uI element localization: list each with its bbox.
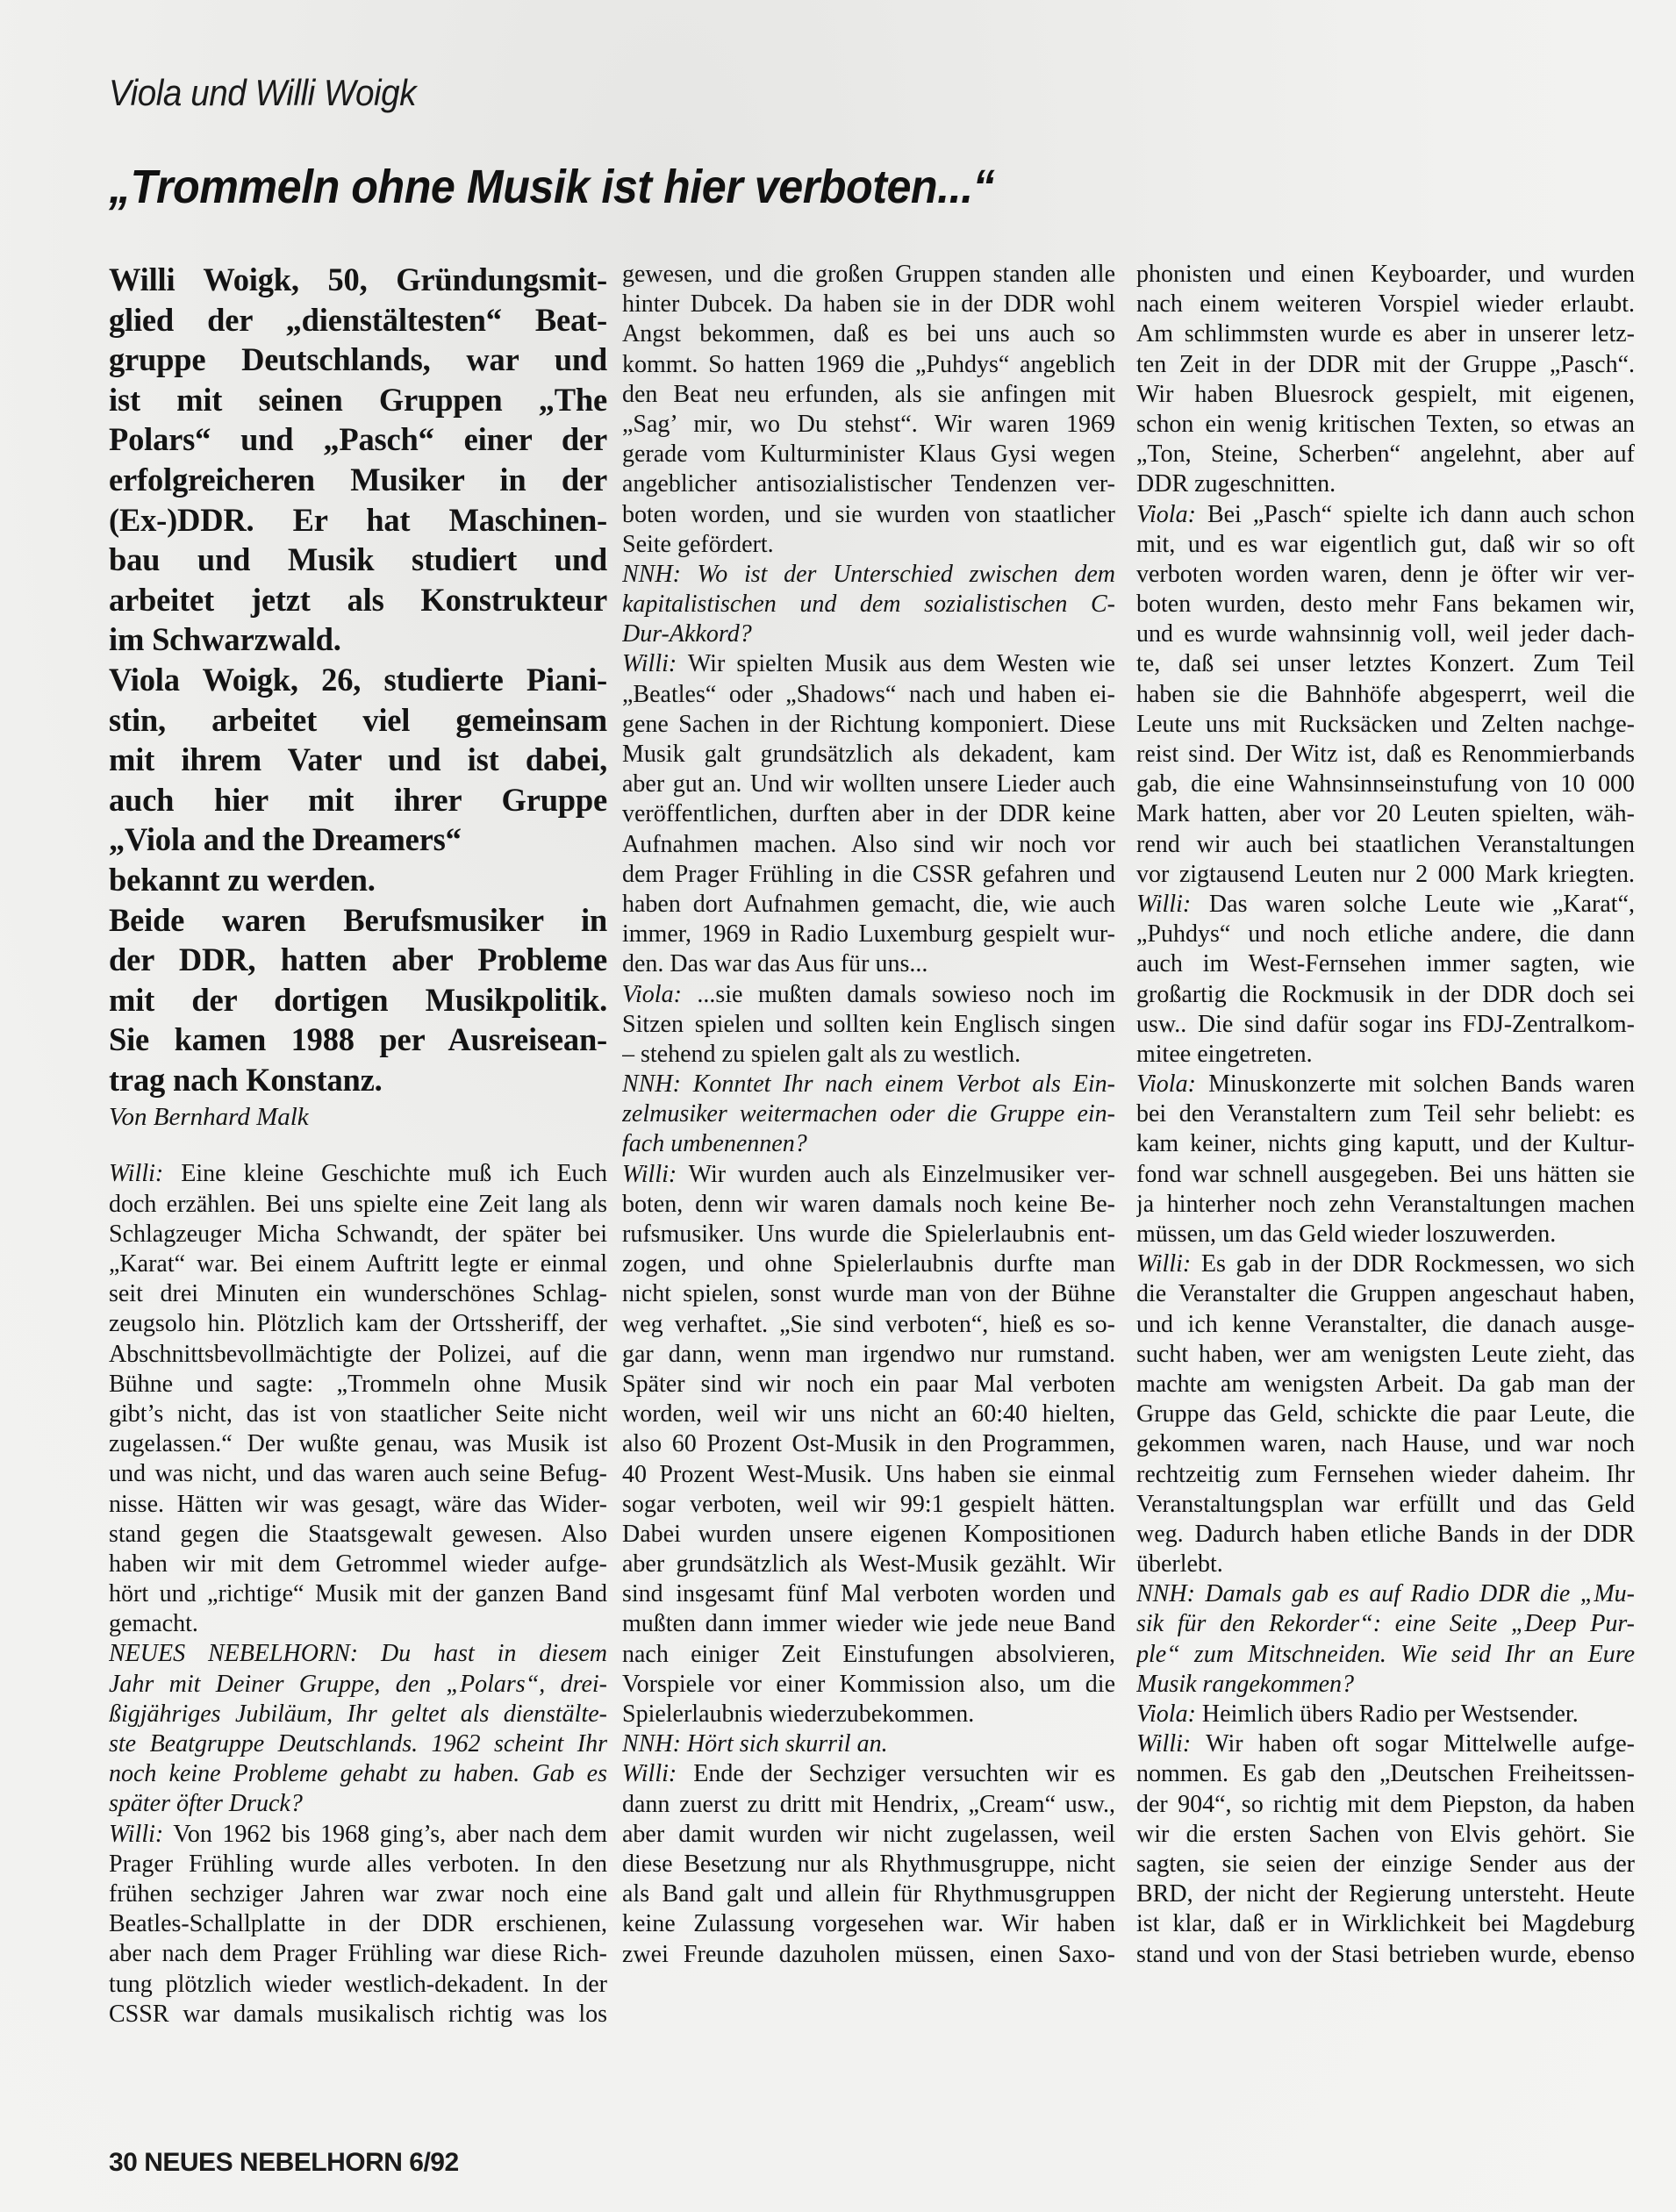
line-text: gar dann, wenn man irgendwo nur rumstand… [622, 1341, 1115, 1368]
body-line: 40 Prozent West-Musik. Uns haben sie ein… [622, 1460, 1115, 1490]
line-text: und was nicht, und das waren auch seine … [109, 1460, 607, 1487]
line-text: Abschnittsbevollmächtigte der Polizei, a… [109, 1341, 607, 1368]
body-line: Leute uns mit Rucksäcken und Zelten nach… [1136, 710, 1635, 740]
body-line: tung plötzlich wieder westlich-dekadent.… [109, 1970, 607, 2000]
body-line: zugelassen.“ Der wußte genau, was Musik … [109, 1429, 607, 1459]
body-line: stand gegen die Staatsgewalt gewesen. Al… [109, 1520, 607, 1550]
body-line: boten worden, und sie wurden von staatli… [622, 500, 1115, 530]
body-line: Schlagzeuger Micha Schwandt, der später … [109, 1220, 607, 1249]
column-middle: gewesen, und die großen Gruppen standen … [622, 260, 1115, 1970]
body-line: seit drei Minuten ein wunderschönes Schl… [109, 1279, 607, 1309]
body-line: Am schlimmsten wurde es aber in unserer … [1136, 319, 1635, 349]
body-line: veröffentlichen, durften aber in der DDR… [622, 799, 1115, 829]
article-headline: „Trommeln ohne Musik ist hier verboten..… [109, 160, 994, 214]
body-line: DDR zugeschnitten. [1136, 469, 1635, 499]
body-line: hinter Dubcek. Da haben sie in der DDR w… [622, 290, 1115, 319]
body-line: verboten worden waren, denn je öfter wir… [1136, 560, 1635, 590]
body-line: mit, und es war eigentlich gut, daß wir … [1136, 530, 1635, 560]
body-line: kommt. So hatten 1969 die „Puhdys“ angeb… [622, 350, 1115, 380]
body-line: weg verhaftet. „Sie sind verboten“, hieß… [622, 1310, 1115, 1340]
question-line: NEUES NEBELHORN: Du hast in diesem [109, 1639, 607, 1669]
line-text: Am schlimmsten wurde es aber in unserer … [1136, 320, 1635, 347]
body-line: Prager Frühling wurde alles verboten. In… [109, 1850, 607, 1879]
line-text: immer, 1969 in Radio Luxemburg gespielt … [622, 920, 1115, 948]
line-text: Gruppe das Geld, schickte die paar Leute… [1136, 1400, 1635, 1428]
question-line: NNH: Hört sich skurril an. [622, 1729, 1115, 1759]
line-text: sogar verboten, weil wir 99:1 gespielt h… [622, 1491, 1115, 1518]
line-text: weg verhaftet. „Sie sind verboten“, hieß… [622, 1311, 1115, 1338]
body-line: gar dann, wenn man irgendwo nur rumstand… [622, 1340, 1115, 1370]
line-text: nicht spielen, sonst wurde man von der B… [622, 1280, 1115, 1307]
intro-line: trag nach Konstanz. [109, 1060, 607, 1100]
line-text: verboten worden waren, denn je öfter wir… [1136, 561, 1635, 588]
body-line: die Veranstalter die Gruppen angeschaut … [1136, 1279, 1635, 1309]
issue-number: 6/92 [409, 2148, 458, 2177]
answer-line: Willi: Von 1962 bis 1968 ging’s, aber na… [109, 1820, 607, 1850]
intro-line: arbeitet jetzt als Konstrukteur [109, 580, 607, 620]
answer-line: Willi: Es gab in der DDR Rockmessen, wo … [1136, 1249, 1635, 1279]
line-text: Prager Frühling wurde alles verboten. In… [109, 1850, 607, 1878]
question-line: Musik rangekommen? [1136, 1670, 1635, 1700]
question-line: kapitalistischen und dem sozialistischen… [622, 590, 1115, 619]
line-text: sucht haben, wer am wenigsten Leute zieh… [1136, 1341, 1635, 1368]
line-text: überlebt. [1136, 1550, 1223, 1578]
column-left: Willi Woigk, 50, Gründungsmit- glied der… [109, 260, 607, 2029]
line-text: haben wir mit dem Getrommel wieder aufge… [109, 1550, 607, 1578]
page-number: 30 [109, 2148, 137, 2177]
body-line: nisse. Hätten wir was gesagt, wäre das W… [109, 1490, 607, 1520]
body-line: aber nach dem Prager Frühling war diese … [109, 1939, 607, 1969]
line-text: zeugsolo hin. Plötzlich kam der Ortssher… [109, 1310, 607, 1337]
line-text: nach einem weiteren Vorspiel wieder erla… [1136, 290, 1635, 318]
body-line: sind insgesamt fünf Mal verboten worden … [622, 1579, 1115, 1609]
body-line: den Beat neu erfunden, als sie anfingen … [622, 380, 1115, 410]
intro-line: im Schwarzwald. [109, 619, 607, 660]
intro-line: mit der dortigen Musikpolitik. [109, 980, 607, 1020]
line-text: der 904“, so richtig mit dem Piepston, d… [1136, 1791, 1635, 1818]
body-line: sucht haben, wer am wenigsten Leute zieh… [1136, 1340, 1635, 1370]
line-text: gerade vom Kulturminister Klaus Gysi weg… [622, 440, 1115, 468]
body-line: haben wir mit dem Getrommel wieder aufge… [109, 1550, 607, 1579]
body-line: Sitzen spielen und sollten kein Englisch… [622, 1010, 1115, 1040]
line-text: Wir spielten Musik aus dem Westen wie [677, 650, 1115, 677]
body-line: also 60 Prozent Ost-Musik in den Program… [622, 1429, 1115, 1459]
line-text: den Beat neu erfunden, als sie anfingen … [622, 381, 1115, 408]
line-text: Mark hatten, aber vor 20 Leuten spielten… [1136, 800, 1635, 827]
body-line: bei den Veranstaltern zum Teil sehr beli… [1136, 1099, 1635, 1129]
body-line: Musik galt grundsätzlich als dekadent, k… [622, 740, 1115, 770]
line-text: müssen, um das Geld wieder loszuwerden. [1136, 1221, 1556, 1248]
body-line: Mark hatten, aber vor 20 Leuten spielten… [1136, 799, 1635, 829]
line-text: aber damit wurden wir nicht zugelassen, … [622, 1821, 1115, 1848]
body-line: CSSR war damals musikalisch richtig was … [109, 2000, 607, 2029]
line-text: „Karat“ war. Bei einem Auftritt legte er… [109, 1250, 607, 1278]
question-line: ple“ zum Mitschneiden. Wie seid Ihr an E… [1136, 1640, 1635, 1670]
line-text: auch im West-Fernsehen immer sagten, wie [1136, 950, 1635, 977]
intro-line: Viola Woigk, 26, studierte Piani- [109, 660, 607, 700]
line-text: aber nach dem Prager Frühling war diese … [109, 1940, 607, 1967]
answer-line: Viola: Bei „Pasch“ spielte ich dann auch… [1136, 500, 1635, 530]
line-text: kam keiner, nichts ging kaputt, und der … [1136, 1130, 1635, 1157]
speaker-label: Willi: [622, 650, 677, 677]
line-text: „Beatles“ oder „Shadows“ nach und haben … [622, 681, 1115, 708]
speaker-label: Viola: [622, 981, 682, 1008]
line-text: Bei „Pasch“ spielte ich dann auch schon [1196, 501, 1635, 528]
body-line: gab, die eine Wahnsinnseinstufung von 10… [1136, 770, 1635, 799]
line-text: haben dort Aufnahmen gemacht, die, wie a… [622, 891, 1115, 918]
body-line: Beatles-Schallplatte in der DDR erschien… [109, 1909, 607, 1939]
body-line: ten Zeit in der DDR mit der Gruppe „Pasc… [1136, 350, 1635, 380]
line-text: phonisten und einen Keyboarder, und wurd… [1136, 261, 1635, 288]
body-line: boten, denn wir waren damals noch keine … [622, 1190, 1115, 1220]
line-text: Schlagzeuger Micha Schwandt, der später … [109, 1221, 607, 1248]
body-line: Abschnittsbevollmächtigte der Polizei, a… [109, 1340, 607, 1370]
body-line: aber gut an. Und wir wollten unsere Lied… [622, 770, 1115, 799]
body-line: Aufnahmen machen. Also sind wir noch vor [622, 830, 1115, 860]
question-line: noch keine Probleme gehabt zu haben. Gab… [109, 1759, 607, 1789]
line-text: gab, die eine Wahnsinnseinstufung von 10… [1136, 770, 1635, 798]
line-text: hinter Dubcek. Da haben sie in der DDR w… [622, 290, 1115, 318]
line-text: worden, weil wir uns nicht an 60:40 hiel… [622, 1400, 1115, 1428]
body-line: rufsmusiker. Uns wurde die Spielerlaubni… [622, 1220, 1115, 1249]
line-text: BRD, der nicht der Regierung untersteht.… [1136, 1880, 1635, 1908]
line-text: als Band galt und allein für Rhythmusgru… [622, 1880, 1115, 1908]
intro-block: Willi Woigk, 50, Gründungsmit- glied der… [109, 260, 607, 1099]
line-text: Beatles-Schallplatte in der DDR erschien… [109, 1910, 607, 1937]
line-text: rechtzeitig zum Fernsehen wieder daheim.… [1136, 1461, 1635, 1488]
answer-line: Willi: Ende der Sechziger versuchten wir… [622, 1759, 1115, 1789]
body-line: frühen sechziger Jahren war zwar noch ei… [109, 1879, 607, 1909]
speaker-label: Willi: [109, 1821, 163, 1848]
question-line: NNH: Konntet Ihr nach einem Verbot als E… [622, 1070, 1115, 1099]
body-line: sagten, sie seien der einzige Sender aus… [1136, 1850, 1635, 1879]
body-line: boten wurden, desto mehr Fans bekamen wi… [1136, 590, 1635, 619]
line-text: Eine kleine Geschichte muß ich Euch [163, 1160, 607, 1187]
line-text: den. Das war das Aus für uns... [622, 950, 928, 977]
answer-line: Viola: Minuskonzerte mit solchen Bands w… [1136, 1070, 1635, 1099]
line-text: sagten, sie seien der einzige Sender aus… [1136, 1850, 1635, 1878]
intro-line: glied der „dienstältesten“ Beat- [109, 300, 607, 340]
answer-line: Viola: Heimlich übers Radio per Westsend… [1136, 1700, 1635, 1729]
line-text: und es wurde wahnsinnig voll, weil jeder… [1136, 620, 1635, 648]
speaker-label: Viola: [1136, 1700, 1196, 1728]
answer-line: Willi: Wir haben oft sogar Mittelwelle a… [1136, 1729, 1635, 1759]
body-line: müssen, um das Geld wieder loszuwerden. [1136, 1220, 1635, 1249]
body-line: und ich kenne Veranstalter, die danach a… [1136, 1310, 1635, 1340]
body-line: wir die ersten Sachen von Elvis gehört. … [1136, 1820, 1635, 1850]
body-line: stand und von der Stasi betrieben wurde,… [1136, 1940, 1635, 1970]
line-text: machte am wenigsten Arbeit. Da gab man d… [1136, 1371, 1635, 1398]
line-text: hört und „richtige“ Musik mit der ganzen… [109, 1580, 607, 1607]
body-line: phonisten und einen Keyboarder, und wurd… [1136, 260, 1635, 290]
body-line: BRD, der nicht der Regierung untersteht.… [1136, 1879, 1635, 1909]
line-text: stand gegen die Staatsgewalt gewesen. Al… [109, 1521, 607, 1548]
line-text: Wir haben Bluesrock gespielt, mit eigene… [1136, 381, 1635, 408]
intro-line: mit ihrem Vater und ist dabei, [109, 740, 607, 780]
body-line: Angst bekommen, daß es bei uns auch so [622, 319, 1115, 349]
body-line: worden, weil wir uns nicht an 60:40 hiel… [622, 1400, 1115, 1429]
body-line: „Sag’ mir, wo Du stehst“. Wir waren 1969 [622, 410, 1115, 440]
body-line: Bühne und sagte: „Trommeln ohne Musik [109, 1370, 607, 1400]
body-line: „Beatles“ oder „Shadows“ nach und haben … [622, 680, 1115, 710]
line-text: Wir wurden auch als Einzelmusiker ver- [677, 1161, 1115, 1188]
body-line: Dabei wurden unsere eigenen Kompositione… [622, 1520, 1115, 1550]
line-text: usw.. Die sind dafür sogar ins FDJ-Zentr… [1136, 1011, 1635, 1038]
speaker-label: Viola: [1136, 501, 1196, 528]
line-text: weg. Dadurch haben etliche Bands in der … [1136, 1521, 1635, 1548]
column-body: Willi: Eine kleine Geschichte muß ich Eu… [109, 1159, 607, 2029]
body-line: immer, 1969 in Radio Luxemburg gespielt … [622, 920, 1115, 949]
body-line: schon ein wenig kritischen Texten, so et… [1136, 410, 1635, 440]
line-text: boten wurden, desto mehr Fans bekamen wi… [1136, 591, 1635, 618]
answer-line: Willi: Eine kleine Geschichte muß ich Eu… [109, 1159, 607, 1189]
line-text: Später sind wir noch ein paar Mal verbot… [622, 1371, 1115, 1398]
line-text: Veranstaltungsplan war erfüllt und das G… [1136, 1491, 1635, 1518]
line-text: boten worden, und sie wurden von staatli… [622, 501, 1115, 528]
line-text: Musik galt grundsätzlich als dekadent, k… [622, 741, 1115, 768]
question-line: später öfter Druck? [109, 1789, 607, 1819]
line-text: mit, und es war eigentlich gut, daß wir … [1136, 531, 1635, 558]
question-line: ßigjähriges Jubiläum, Ihr geltet als die… [109, 1700, 607, 1729]
line-text: „Puhdys“ und noch etliche andere, die da… [1136, 920, 1635, 948]
body-line: kam keiner, nichts ging kaputt, und der … [1136, 1129, 1635, 1159]
body-line: zogen, und ohne Spielerlaubnis durfte ma… [622, 1249, 1115, 1279]
body-line: aber damit wurden wir nicht zugelassen, … [622, 1820, 1115, 1850]
body-line: ja hinterher noch zehn Veranstaltungen m… [1136, 1190, 1635, 1220]
body-line: gibt’s nicht, das ist von staatlicher Se… [109, 1400, 607, 1429]
line-text: nommen. Es gab den „Deutschen Freiheitss… [1136, 1760, 1635, 1787]
body-line: gerade vom Kulturminister Klaus Gysi weg… [622, 440, 1115, 469]
line-text: doch erzählen. Bei uns spielte eine Zeit… [109, 1191, 607, 1218]
body-line: mußten dann immer wieder wie jede neue B… [622, 1609, 1115, 1639]
intro-line: bekannt zu werden. [109, 860, 607, 900]
body-line: doch erzählen. Bei uns spielte eine Zeit… [109, 1190, 607, 1220]
line-text: haben sie die Bahnhöfe abgesperrt, weil … [1136, 681, 1635, 708]
column-body: phonisten und einen Keyboarder, und wurd… [1136, 260, 1635, 1970]
intro-line: (Ex-)DDR. Er hat Maschinen- [109, 500, 607, 540]
line-text: Leute uns mit Rucksäcken und Zelten nach… [1136, 711, 1635, 738]
body-line: machte am wenigsten Arbeit. Da gab man d… [1136, 1370, 1635, 1400]
page-footer: 30 NEUES NEBELHORN 6/92 [109, 2148, 459, 2178]
line-text: nach einiger Zeit Einstufungen absolvier… [622, 1641, 1115, 1668]
line-text: gene Sachen in der Richtung komponiert. … [622, 711, 1115, 738]
body-line: hört und „richtige“ Musik mit der ganzen… [109, 1579, 607, 1609]
body-line: – stehend zu spielen galt als zu westlic… [622, 1040, 1115, 1070]
body-line: angeblicher antisozialistischer Tendenze… [622, 469, 1115, 499]
intro-line: erfolgreicheren Musiker in der [109, 460, 607, 500]
line-text: ist klar, daß er in Wirklichkeit bei Mag… [1136, 1910, 1635, 1937]
body-line: gekommen waren, nach Hause, und war noch [1136, 1429, 1635, 1459]
answer-line: Willi: Wir spielten Musik aus dem Westen… [622, 649, 1115, 679]
answer-line: Willi: Wir wurden auch als Einzelmusiker… [622, 1160, 1115, 1190]
line-text: mußten dann immer wieder wie jede neue B… [622, 1610, 1115, 1637]
line-text: 40 Prozent West-Musik. Uns haben sie ein… [622, 1461, 1115, 1488]
intro-line: „Viola and the Dreamers“ [109, 820, 607, 860]
line-text: rend wir auch bei staatlichen Veranstalt… [1136, 831, 1635, 858]
line-text: Bühne und sagte: „Trommeln ohne Musik [109, 1371, 607, 1398]
line-text: keine Zulassung vorgesehen war. Wir habe… [622, 1910, 1115, 1937]
speaker-label: Willi: [109, 1160, 163, 1187]
line-text: und ich kenne Veranstalter, die danach a… [1136, 1311, 1635, 1338]
magazine-name: NEUES NEBELHORN [144, 2148, 402, 2177]
line-text: fond war schnell ausgegeben. Bei uns hät… [1136, 1161, 1635, 1188]
line-text: „Sag’ mir, wo Du stehst“. Wir waren 1969 [622, 411, 1115, 438]
body-line: „Karat“ war. Bei einem Auftritt legte er… [109, 1249, 607, 1279]
body-line: nicht spielen, sonst wurde man von der B… [622, 1279, 1115, 1309]
body-line: Gruppe das Geld, schickte die paar Leute… [1136, 1400, 1635, 1429]
intro-line: Beide waren Berufsmusiker in [109, 900, 607, 941]
line-text: mitee eingetreten. [1136, 1041, 1313, 1068]
line-text: Von 1962 bis 1968 ging’s, aber nach dem [163, 1821, 607, 1848]
speaker-label: Willi: [1136, 1730, 1191, 1757]
line-text: zogen, und ohne Spielerlaubnis durfte ma… [622, 1250, 1115, 1278]
body-line: dann zuerst zu dritt mit Hendrix, „Cream… [622, 1790, 1115, 1820]
body-line: gemacht. [109, 1609, 607, 1639]
line-text: Es gab in der DDR Rockmessen, wo sich [1191, 1250, 1635, 1278]
line-text: seit drei Minuten ein wunderschönes Schl… [109, 1280, 607, 1307]
line-text: Seite gefördert. [622, 531, 774, 558]
line-text: zugelassen.“ Der wußte genau, was Musik … [109, 1430, 607, 1457]
intro-line: Willi Woigk, 50, Gründungsmit- [109, 260, 607, 300]
line-text: gibt’s nicht, das ist von staatlicher Se… [109, 1400, 607, 1428]
body-line: keine Zulassung vorgesehen war. Wir habe… [622, 1909, 1115, 1939]
line-text: Vorspiele vor einer Kommission also, um … [622, 1671, 1115, 1698]
body-line: vor zigtausend Leuten nur 2 000 Mark kri… [1136, 860, 1635, 890]
body-line: der 904“, so richtig mit dem Piepston, d… [1136, 1790, 1635, 1820]
body-line: dem Prager Frühling in die CSSR gefahren… [622, 860, 1115, 890]
question-line: sik für den Rekorder“: eine Seite „Deep … [1136, 1609, 1635, 1639]
line-text: gewesen, und die großen Gruppen standen … [622, 261, 1115, 288]
line-text: ja hinterher noch zehn Veranstaltungen m… [1136, 1191, 1635, 1218]
line-text: angeblicher antisozialistischer Tendenze… [622, 470, 1115, 498]
line-text: Sitzen spielen und sollten kein Englisch… [622, 1011, 1115, 1038]
intro-line: ist mit seinen Gruppen „The [109, 380, 607, 420]
body-line: als Band galt und allein für Rhythmusgru… [622, 1879, 1115, 1909]
body-line: nommen. Es gab den „Deutschen Freiheitss… [1136, 1759, 1635, 1789]
line-text: Minuskonzerte mit solchen Bands waren [1196, 1070, 1635, 1098]
answer-line: Viola: ...sie mußten damals sowieso noch… [622, 980, 1115, 1010]
body-line: mitee eingetreten. [1136, 1040, 1635, 1070]
line-text: Das waren solche Leute wie „Karat“, [1191, 891, 1635, 918]
body-line: zeugsolo hin. Plötzlich kam der Ortssher… [109, 1309, 607, 1339]
body-line: gene Sachen in der Richtung komponiert. … [622, 710, 1115, 740]
line-text: boten, denn wir waren damals noch keine … [622, 1191, 1115, 1218]
answer-line: Willi: Das waren solche Leute wie „Karat… [1136, 890, 1635, 920]
body-line: und es wurde wahnsinnig voll, weil jeder… [1136, 619, 1635, 649]
question-line: ste Beatgruppe Deutschlands. 1962 schein… [109, 1729, 607, 1759]
line-text: stand und von der Stasi betrieben wurde,… [1136, 1941, 1635, 1968]
line-text: schon ein wenig kritischen Texten, so et… [1136, 411, 1635, 438]
body-line: Später sind wir noch ein paar Mal verbot… [622, 1370, 1115, 1400]
body-line: großartig die Rockmusik in der DDR doch … [1136, 980, 1635, 1010]
line-text: Dabei wurden unsere eigenen Kompositione… [622, 1521, 1115, 1548]
body-line: zwei Freunde dazuholen müssen, einen Sax… [622, 1940, 1115, 1970]
line-text: – stehend zu spielen galt als zu westlic… [622, 1041, 1021, 1068]
intro-line: Sie kamen 1988 per Ausreisean- [109, 1020, 607, 1060]
question-line: zelmusiker weitermachen oder die Gruppe … [622, 1099, 1115, 1129]
body-line: reist sind. Der Witz ist, daß es Renommi… [1136, 740, 1635, 770]
line-text: gemacht. [109, 1610, 198, 1637]
intro-line: stin, arbeitet viel gemeinsam [109, 700, 607, 741]
line-text: die Veranstalter die Gruppen angeschaut … [1136, 1280, 1635, 1307]
author-byline: Von Bernhard Malk [109, 1099, 607, 1135]
body-line: „Puhdys“ und noch etliche andere, die da… [1136, 920, 1635, 949]
line-text: aber grundsätzlich als West-Musik gezähl… [622, 1550, 1115, 1578]
body-line: weg. Dadurch haben etliche Bands in der … [1136, 1520, 1635, 1550]
body-line: Seite gefördert. [622, 530, 1115, 560]
line-text: Spielerlaubnis wiederzubekommen. [622, 1700, 974, 1728]
body-line: sogar verboten, weil wir 99:1 gespielt h… [622, 1490, 1115, 1520]
line-text: sind insgesamt fünf Mal verboten worden … [622, 1580, 1115, 1607]
line-text: bei den Veranstaltern zum Teil sehr beli… [1136, 1100, 1635, 1127]
line-text: DDR zugeschnitten. [1136, 470, 1336, 498]
line-text: frühen sechziger Jahren war zwar noch ei… [109, 1880, 607, 1908]
line-text: tung plötzlich wieder westlich-dekadent.… [109, 1971, 607, 1998]
line-text: Ende der Sechziger versuchten wir es [677, 1760, 1115, 1787]
spacer [109, 1135, 607, 1159]
intro-line: Polars“ und „Pasch“ einer der [109, 419, 607, 460]
column-right: phonisten und einen Keyboarder, und wurd… [1136, 260, 1635, 1970]
body-line: rend wir auch bei staatlichen Veranstalt… [1136, 830, 1635, 860]
line-text: vor zigtausend Leuten nur 2 000 Mark kri… [1136, 861, 1635, 888]
body-line: haben dort Aufnahmen gemacht, die, wie a… [622, 890, 1115, 920]
line-text: nisse. Hätten wir was gesagt, wäre das W… [109, 1491, 607, 1518]
line-text: gekommen waren, nach Hause, und war noch [1136, 1430, 1635, 1457]
question-line: fach umbenennen? [622, 1129, 1115, 1159]
line-text: Aufnahmen machen. Also sind wir noch vor [622, 831, 1115, 858]
line-text: veröffentlichen, durften aber in der DDR… [622, 800, 1115, 827]
body-line: auch im West-Fernsehen immer sagten, wie [1136, 949, 1635, 979]
line-text: zwei Freunde dazuholen müssen, einen Sax… [622, 1941, 1115, 1968]
question-line: Jahr mit Deiner Gruppe, den „Polars“, dr… [109, 1670, 607, 1700]
question-line: NNH: Wo ist der Unterschied zwischen dem [622, 560, 1115, 590]
body-line: usw.. Die sind dafür sogar ins FDJ-Zentr… [1136, 1010, 1635, 1040]
body-line: ist klar, daß er in Wirklichkeit bei Mag… [1136, 1909, 1635, 1939]
line-text: te, daß sei unser letztes Konzert. Zum T… [1136, 650, 1635, 677]
question-line: NNH: Damals gab es auf Radio DDR die „Mu… [1136, 1579, 1635, 1609]
body-line: und was nicht, und das waren auch seine … [109, 1459, 607, 1489]
line-text: kommt. So hatten 1969 die „Puhdys“ angeb… [622, 351, 1115, 378]
body-line: aber grundsätzlich als West-Musik gezähl… [622, 1550, 1115, 1579]
body-line: Veranstaltungsplan war erfüllt und das G… [1136, 1490, 1635, 1520]
line-text: ten Zeit in der DDR mit der Gruppe „Pasc… [1136, 351, 1635, 378]
line-text: Angst bekommen, daß es bei uns auch so [622, 320, 1115, 347]
body-line: Spielerlaubnis wiederzubekommen. [622, 1700, 1115, 1729]
body-line: überlebt. [1136, 1550, 1635, 1579]
body-line: den. Das war das Aus für uns... [622, 949, 1115, 979]
intro-line: gruppe Deutschlands, war und [109, 340, 607, 380]
body-line: nach einem weiteren Vorspiel wieder erla… [1136, 290, 1635, 319]
line-text: dem Prager Frühling in die CSSR gefahren… [622, 861, 1115, 888]
body-line: Vorspiele vor einer Kommission also, um … [622, 1670, 1115, 1700]
line-text: Heimlich übers Radio per Westsender. [1196, 1700, 1579, 1728]
column-body: gewesen, und die großen Gruppen standen … [622, 260, 1115, 1970]
line-text: großartig die Rockmusik in der DDR doch … [1136, 981, 1635, 1008]
body-line: rechtzeitig zum Fernsehen wieder daheim.… [1136, 1460, 1635, 1490]
speaker-label: Willi: [622, 1760, 677, 1787]
speaker-label: Willi: [622, 1161, 677, 1188]
intro-line: auch hier mit ihrer Gruppe [109, 780, 607, 820]
body-line: fond war schnell ausgegeben. Bei uns hät… [1136, 1160, 1635, 1190]
body-line: Wir haben Bluesrock gespielt, mit eigene… [1136, 380, 1635, 410]
line-text: diese Besetzung nur als Rhythmusgruppe, … [622, 1850, 1115, 1878]
body-line: diese Besetzung nur als Rhythmusgruppe, … [622, 1850, 1115, 1879]
speaker-label: Willi: [1136, 891, 1191, 918]
line-text: reist sind. Der Witz ist, daß es Renommi… [1136, 741, 1635, 768]
body-line: haben sie die Bahnhöfe abgesperrt, weil … [1136, 680, 1635, 710]
line-text: also 60 Prozent Ost-Musik in den Program… [622, 1430, 1115, 1457]
question-line: Dur-Akkord? [622, 619, 1115, 649]
